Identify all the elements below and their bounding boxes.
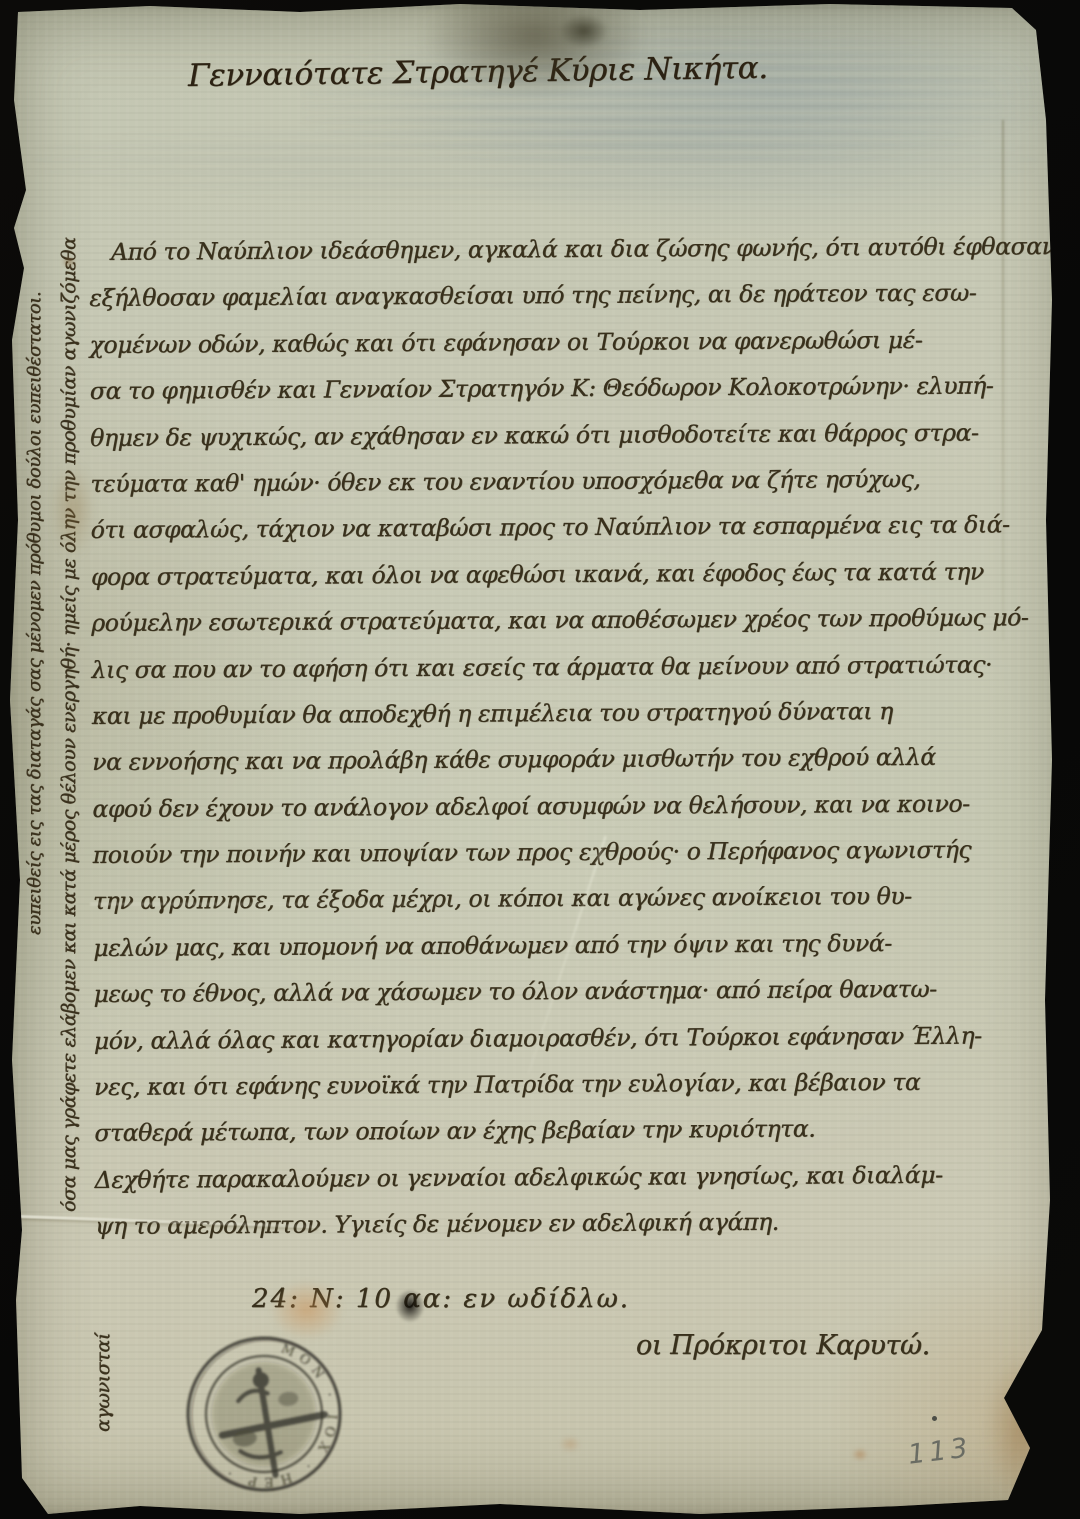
dateline: 24: Ν: 10 αα: εν ωδίδλω. <box>252 1284 630 1314</box>
body-line: ψη το αμερόληπτον. Υγιείς δε μένομεν εν … <box>95 1197 1062 1249</box>
signature: οι Πρόκριτοι Καρυτώ. <box>636 1330 930 1361</box>
letter-body: Από το Ναύπλιον ιδεάσθημεν, αγκαλά και δ… <box>89 223 1062 1249</box>
body-line: μόν, αλλά όλας και κατηγορίαν διαμοιρασθ… <box>94 1012 1061 1064</box>
body-line: Δεχθήτε παρακαλούμεν οι γενναίοι αδελφικ… <box>95 1151 1062 1203</box>
letter-heading: Γενναιότατε Στρατηγέ Κύριε Νικήτα. <box>188 50 768 94</box>
stain-corner-tan <box>986 1356 1058 1506</box>
body-line: νες, και ότι εφάνης ευνοϊκά την Πατρίδα … <box>94 1058 1061 1110</box>
bleedthrough-band-top <box>300 26 1040 166</box>
bleedthrough-band-second <box>30 118 1040 204</box>
body-line: ρούμελην εσωτερικά στρατεύματα, και να α… <box>91 594 1058 646</box>
body-line: τεύματα καθ' ημών· όθεν εκ του εναντίου … <box>90 455 1057 507</box>
body-line: σα το φημισθέν και Γενναίον Στρατηγόν Κ:… <box>90 362 1057 414</box>
stain-top-blot <box>560 14 608 48</box>
body-line: Από το Ναύπλιον ιδεάσθημεν, αγκαλά και δ… <box>89 223 1056 275</box>
document-page: Γενναιότατε Στρατηγέ Κύριε Νικήτα. Από τ… <box>0 0 1080 1519</box>
fox-spot <box>852 1448 868 1461</box>
body-line: αφού δεν έχουν το ανάλογον αδελφοί ασυμφ… <box>92 780 1059 832</box>
pencil-dot <box>932 1416 937 1421</box>
body-line: την αγρύπνησε, τα έξοδα μέχρι, οι κόποι … <box>93 873 1060 925</box>
body-line: χομένων οδών, καθώς και ότι εφάνησαν οι … <box>89 316 1056 368</box>
pencil-page-number: 113 <box>906 1432 973 1471</box>
scan-background: Γενναιότατε Στρατηγέ Κύριε Νικήτα. Από τ… <box>0 0 1080 1519</box>
body-line: και με προθυμίαν θα αποδεχθή η επιμέλεια… <box>92 687 1059 739</box>
body-line: να εννοήσης και να προλάβη κάθε συμφοράν… <box>92 733 1059 785</box>
body-line: λις σα που αν το αφήση ότι και εσείς τα … <box>91 641 1058 693</box>
body-line: μεως το έθνος, αλλά να χάσωμεν το όλον α… <box>93 965 1060 1017</box>
margin-note-snippet: αγωνισταί <box>90 1282 116 1432</box>
body-line: ότι ασφαλώς, τάχιον να καταβώσι προς το … <box>91 501 1058 553</box>
body-line: μελών μας, και υπομονή να αποθάνωμεν από… <box>93 919 1060 971</box>
body-line: φορα στρατεύματα, και όλοι να αφεθώσι ικ… <box>91 548 1058 600</box>
circular-ink-seal: ΜΟΝ · ΙΟΧ · ΗΕΡ · <box>168 1318 360 1510</box>
margin-note-outer: ευπειθείς εις τας διαταγάς σας μένομεν π… <box>22 235 48 935</box>
body-line: θημεν δε ψυχικώς, αν εχάθησαν εν κακώ ότ… <box>90 409 1057 461</box>
body-line: εξήλθοσαν φαμελίαι αναγκασθείσαι υπό της… <box>89 269 1056 321</box>
body-line: ποιούν την ποινήν και υποψίαν των προς ε… <box>93 826 1060 878</box>
fox-spot <box>560 1436 580 1452</box>
body-line: σταθερά μέτωπα, των οποίων αν έχης βεβαί… <box>94 1104 1061 1156</box>
margin-note-inner: όσα μας γράφετε ελάβομεν και κατά μέρος … <box>56 237 82 1212</box>
